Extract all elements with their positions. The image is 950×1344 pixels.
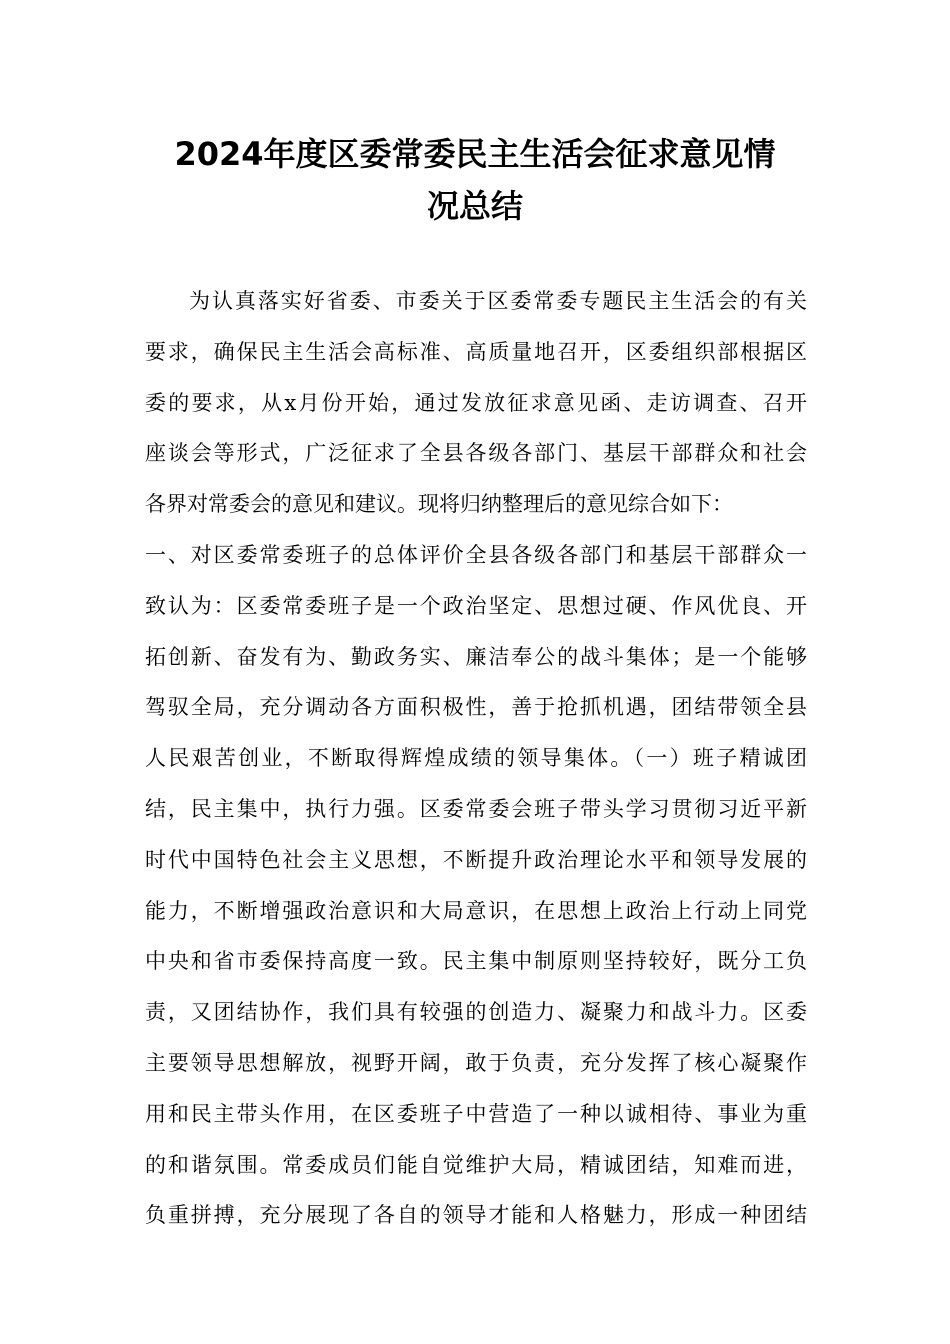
- document-title: 2024年度区委常委民主生活会征求意见情 况总结: [145, 128, 805, 232]
- body-line: 负重拼搏，充分展现了各自的领导才能和人格魅力，形成一种团结: [145, 1190, 807, 1241]
- body-line: 的和谐氛围。常委成员们能自觉维护大局，精诚团结，知难而进，: [145, 1140, 807, 1191]
- body-line: 各界对常委会的意见和建议。现将归纳整理后的意见综合如下：: [145, 479, 807, 530]
- body-line: 人民艰苦创业，不断取得辉煌成绩的领导集体。（一）班子精诚团: [145, 733, 807, 784]
- document-body: 为认真落实好省委、市委关于区委常委专题民主生活会的有关 要求，确保民主生活会高标…: [145, 276, 807, 1241]
- body-line: 主要领导思想解放，视野开阔，敢于负责，充分发挥了核心凝聚作: [145, 1038, 807, 1089]
- title-line-2: 况总结: [145, 180, 805, 232]
- body-line: 结，民主集中，执行力强。区委常委会班子带头学习贯彻习近平新: [145, 784, 807, 835]
- body-line: 能力，不断增强政治意识和大局意识，在思想上政治上行动上同党: [145, 886, 807, 937]
- body-line: 拓创新、奋发有为、勤政务实、廉洁奉公的战斗集体；是一个能够: [145, 632, 807, 683]
- title-line-1: 2024年度区委常委民主生活会征求意见情: [145, 128, 805, 180]
- body-line: 责，又团结协作，我们具有较强的创造力、凝聚力和战斗力。区委: [145, 987, 807, 1038]
- body-line: 用和民主带头作用，在区委班子中营造了一种以诚相待、事业为重: [145, 1089, 807, 1140]
- body-line: 时代中国特色社会主义思想，不断提升政治理论水平和领导发展的: [145, 835, 807, 886]
- body-line: 中央和省市委保持高度一致。民主集中制原则坚持较好，既分工负: [145, 936, 807, 987]
- body-line: 为认真落实好省委、市委关于区委常委专题民主生活会的有关: [145, 276, 807, 327]
- body-line: 一、对区委常委班子的总体评价全县各级各部门和基层干部群众一: [145, 530, 807, 581]
- body-line: 委的要求，从x月份开始，通过发放征求意见函、走访调查、召开: [145, 378, 807, 429]
- body-line: 要求，确保民主生活会高标准、高质量地召开，区委组织部根据区: [145, 327, 807, 378]
- document-page: 2024年度区委常委民主生活会征求意见情 况总结 为认真落实好省委、市委关于区委…: [0, 0, 950, 1344]
- body-line: 致认为：区委常委班子是一个政治坚定、思想过硬、作风优良、开: [145, 581, 807, 632]
- body-line: 驾驭全局，充分调动各方面积极性，善于抢抓机遇，团结带领全县: [145, 682, 807, 733]
- body-line: 座谈会等形式，广泛征求了全县各级各部门、基层干部群众和社会: [145, 428, 807, 479]
